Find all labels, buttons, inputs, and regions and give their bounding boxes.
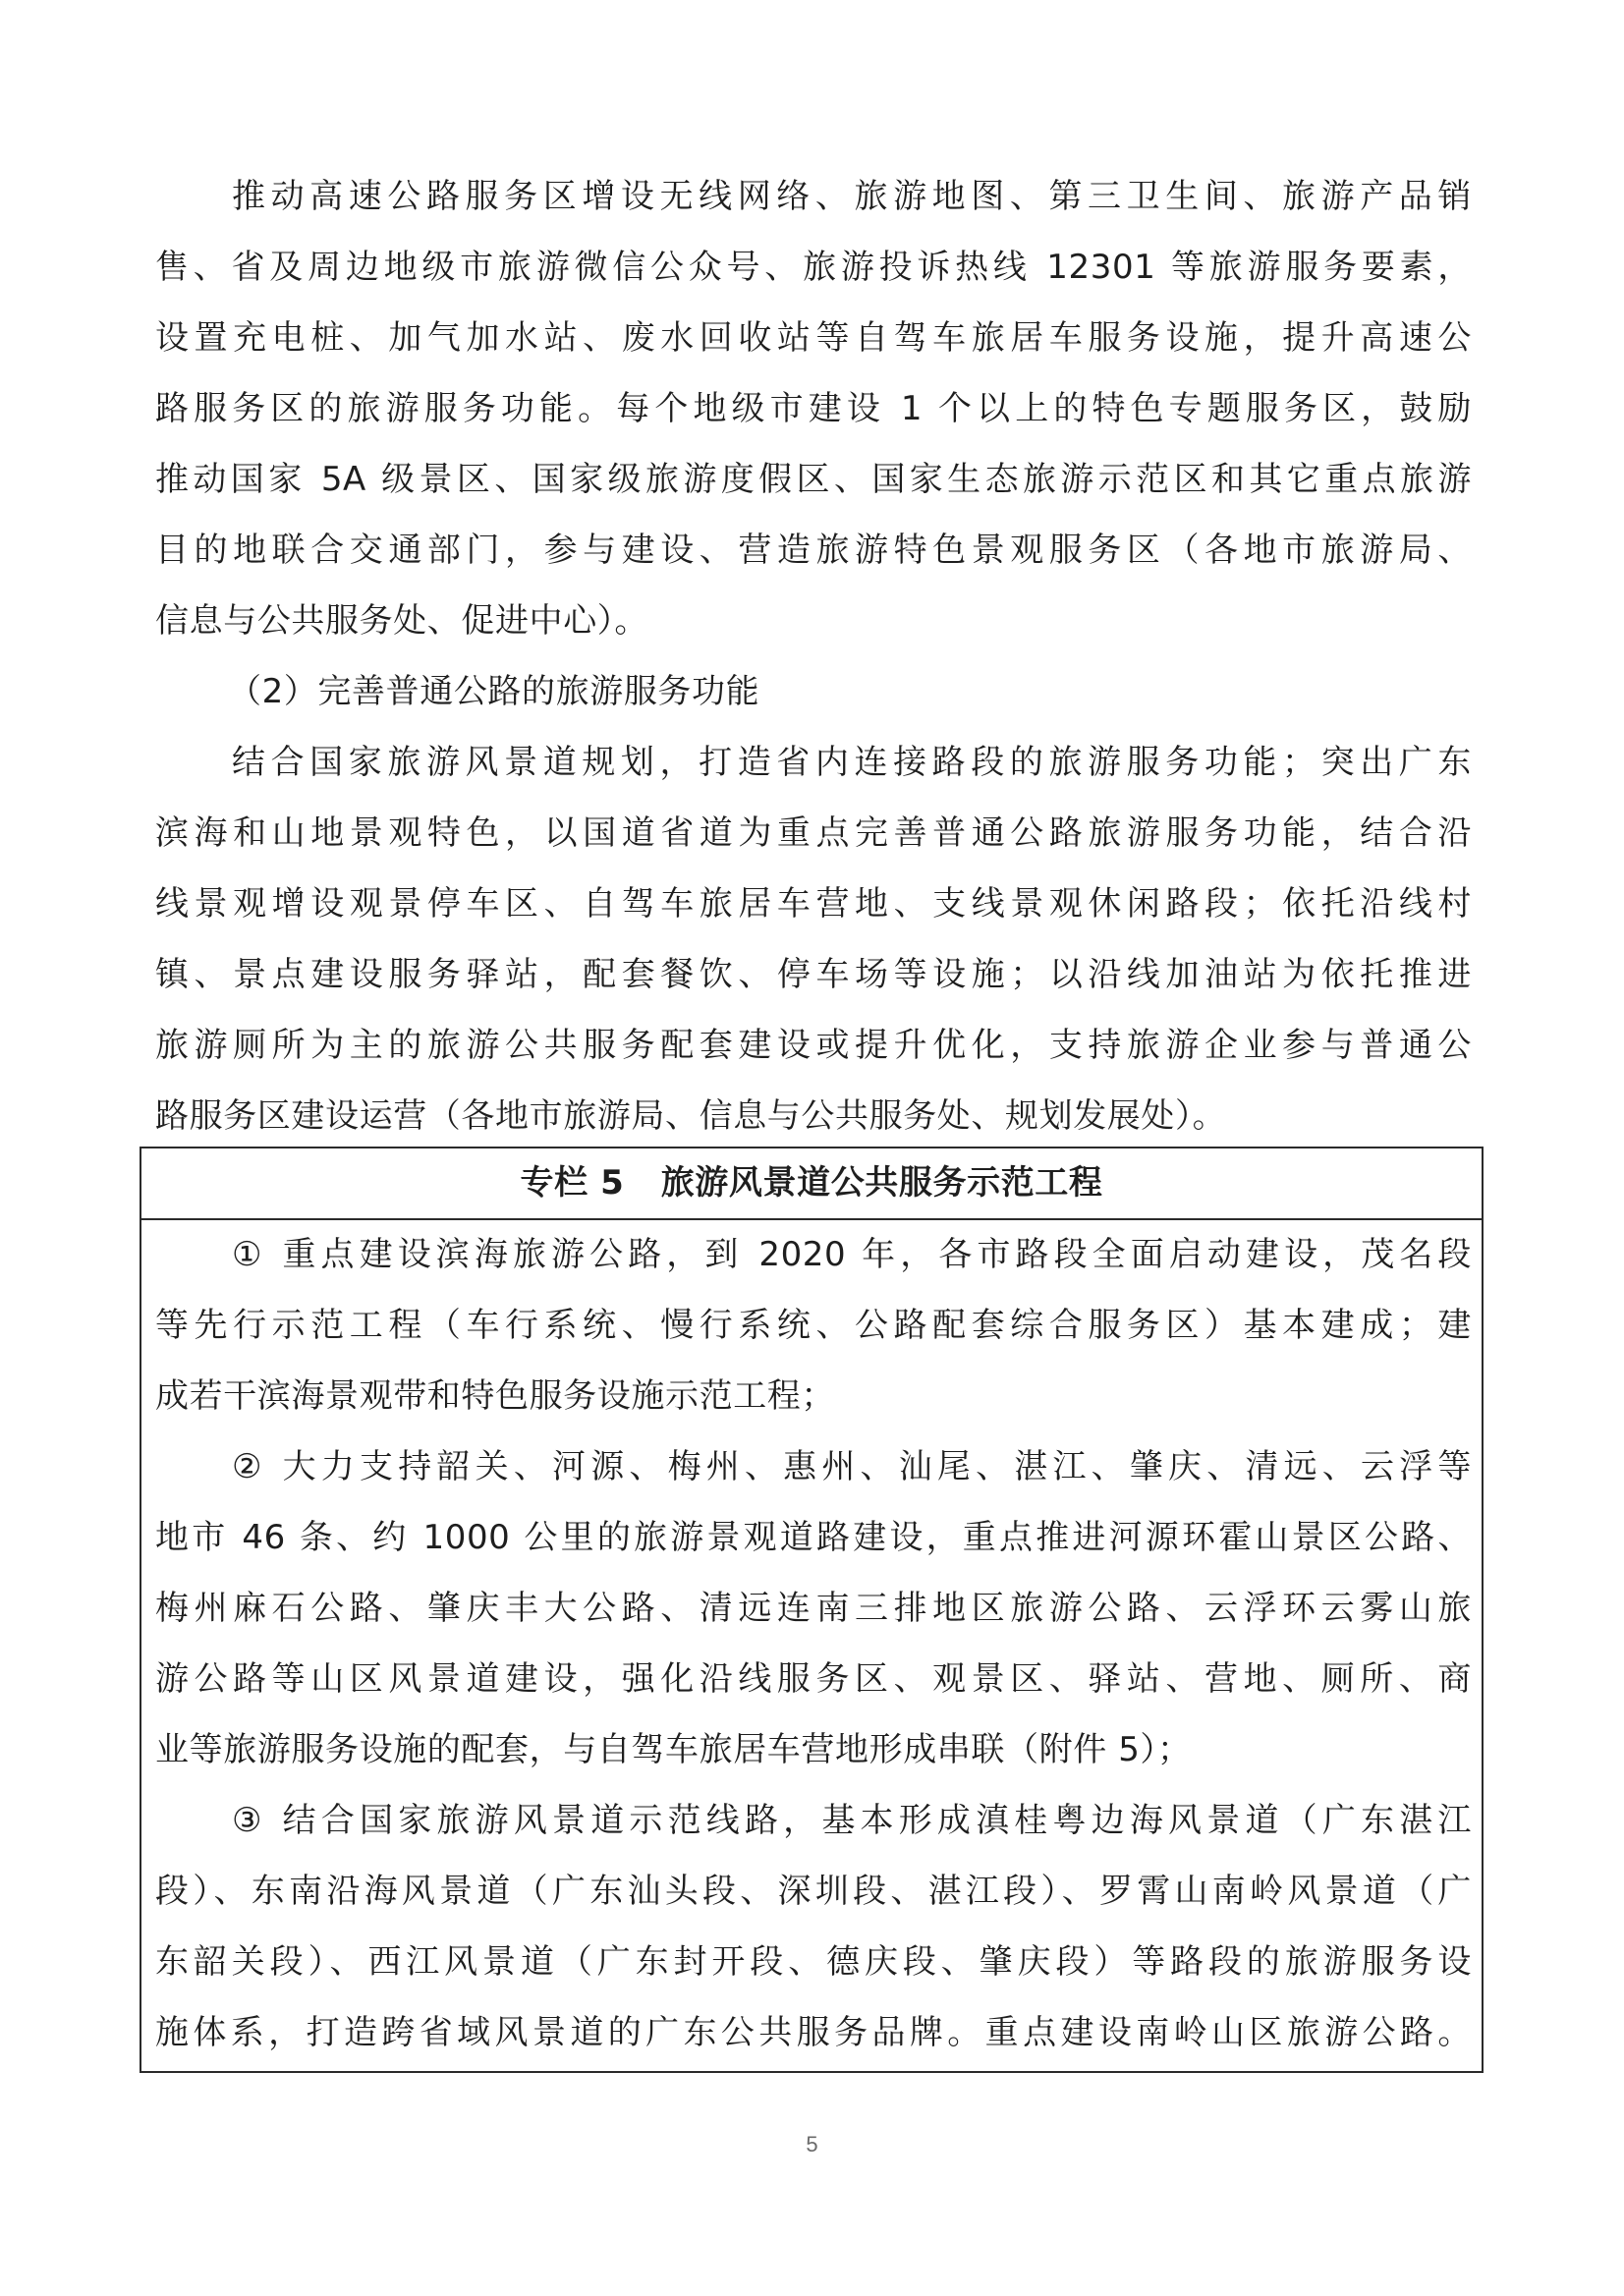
text-line: ① 重点建设滨海旅游公路，到 2020 年，各市路段全面启动建设，茂名段 [232,1235,1472,1274]
text-line: 滨海和山地景观特色，以国道省道为重点完善普通公路旅游服务功能，结合沿 [155,813,1472,853]
document-page: 推动高速公路服务区增设无线网络、旅游地图、第三卫生间、旅游产品销 售、省及周边地… [0,0,1624,2296]
text-line: 游公路等山区风景道建设，强化沿线服务区、观景区、驿站、营地、厕所、商 [155,1659,1472,1699]
text-line: 地市 46 条、约 1000 公里的旅游景观道路建设，重点推进河源环霍山景区公路… [155,1518,1472,1557]
text-line: 东韶关段）、西江风景道（广东封开段、德庆段、肇庆段）等路段的旅游服务设 [155,1942,1472,1982]
text-line: 售、省及周边地级市旅游微信公众号、旅游投诉热线 12301 等旅游服务要素， [155,248,1472,287]
page-number: 5 [0,2132,1624,2157]
feature-box-divider [140,1218,1484,1220]
text-line: 目的地联合交通部门，参与建设、营造旅游特色景观服务区（各地市旅游局、 [155,531,1472,570]
section-subheading: （2）完善普通公路的旅游服务功能 [228,672,759,711]
text-line: 设置充电桩、加气加水站、废水回收站等自驾车旅居车服务设施，提升高速公 [155,318,1472,358]
text-line: ② 大力支持韶关、河源、梅州、惠州、汕尾、湛江、肇庆、清远、云浮等 [232,1447,1472,1486]
text-line: 等先行示范工程（车行系统、慢行系统、公路配套综合服务区）基本建成；建 [155,1306,1472,1345]
text-line: 结合国家旅游风景道规划，打造省内连接路段的旅游服务功能；突出广东 [232,743,1472,782]
text-line: 业等旅游服务设施的配套，与自驾车旅居车营地形成串联（附件 5）； [155,1730,1472,1769]
text-line: 推动高速公路服务区增设无线网络、旅游地图、第三卫生间、旅游产品销 [232,177,1472,216]
text-line: ③ 结合国家旅游风景道示范线路，基本形成滇桂粤边海风景道（广东湛江 [232,1801,1472,1840]
text-line: 信息与公共服务处、促进中心）。 [155,601,1472,641]
text-line: 路服务区的旅游服务功能。每个地级市建设 1 个以上的特色专题服务区，鼓励 [155,389,1472,428]
text-line: 推动国家 5A 级景区、国家级旅游度假区、国家生态旅游示范区和其它重点旅游 [155,460,1472,499]
text-line: 施体系，打造跨省域风景道的广东公共服务品牌。重点建设南岭山区旅游公路。 [155,2013,1472,2052]
text-line: 梅州麻石公路、肇庆丰大公路、清远连南三排地区旅游公路、云浮环云雾山旅 [155,1589,1472,1628]
text-line: 段）、东南沿海风景道（广东汕头段、深圳段、湛江段）、罗霄山南岭风景道（广 [155,1872,1472,1911]
text-line: 镇、景点建设服务驿站，配套餐饮、停车场等设施；以沿线加油站为依托推进 [155,955,1472,994]
feature-box-title: 专栏 5 旅游风景道公共服务示范工程 [140,1163,1484,1203]
text-line: 线景观增设观景停车区、自驾车旅居车营地、支线景观休闲路段；依托沿线村 [155,884,1472,924]
text-line: 路服务区建设运营（各地市旅游局、信息与公共服务处、规划发展处）。 [155,1096,1472,1136]
text-line: 旅游厕所为主的旅游公共服务配套建设或提升优化，支持旅游企业参与普通公 [155,1026,1472,1065]
text-line: 成若干滨海景观带和特色服务设施示范工程； [155,1376,1472,1416]
